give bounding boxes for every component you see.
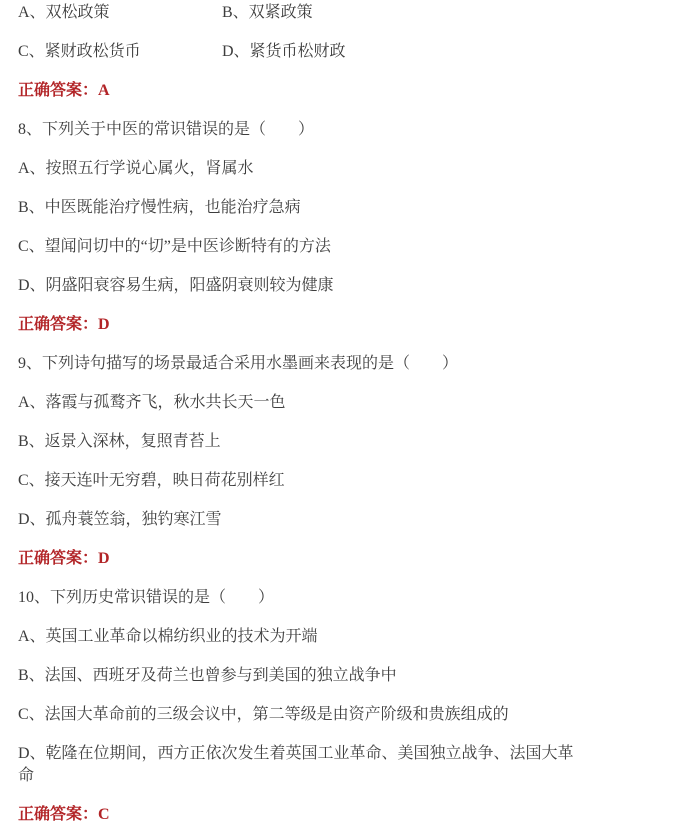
option-b: B、返景入深林，复照青苔上 bbox=[18, 431, 580, 453]
option-a: A、英国工业革命以棉纺织业的技术为开端 bbox=[18, 626, 580, 648]
question-title: 10、下列历史常识错误的是（ ） bbox=[18, 587, 580, 609]
option-d: D、孤舟蓑笠翁，独钓寒江雪 bbox=[18, 509, 580, 531]
correct-answer-line: 正确答案：A bbox=[18, 80, 673, 102]
correct-answer-line: 正确答案：D bbox=[18, 314, 673, 336]
option-b: B、双紧政策 bbox=[222, 2, 313, 24]
option-c: C、接天连叶无穷碧，映日荷花别样红 bbox=[18, 470, 580, 492]
correct-answer-line: 正确答案：C bbox=[18, 804, 673, 826]
options-row-cd: C、紧财政松货币 D、紧货币松财政 bbox=[18, 41, 673, 63]
option-d: D、紧货币松财政 bbox=[222, 41, 346, 63]
question-title: 9、下列诗句描写的场景最适合采用水墨画来表现的是（ ） bbox=[18, 353, 580, 375]
option-c: C、望闻问切中的“切”是中医诊断特有的方法 bbox=[18, 236, 580, 258]
question-block-8: 8、下列关于中医的常识错误的是（ ） A、按照五行学说心属火，肾属水 B、中医既… bbox=[18, 119, 673, 336]
quiz-document-page: A、双松政策 B、双紧政策 C、紧财政松货币 D、紧货币松财政 正确答案：A 8… bbox=[0, 0, 683, 831]
option-c: C、紧财政松货币 bbox=[18, 41, 222, 63]
option-b: B、中医既能治疗慢性病，也能治疗急病 bbox=[18, 197, 580, 219]
option-d: D、乾隆在位期间，西方正依次发生着英国工业革命、美国独立战争、法国大革命 bbox=[18, 743, 580, 787]
option-a: A、按照五行学说心属火，肾属水 bbox=[18, 158, 580, 180]
question-block-10: 10、下列历史常识错误的是（ ） A、英国工业革命以棉纺织业的技术为开端 B、法… bbox=[18, 587, 673, 826]
question-block-7-partial: A、双松政策 B、双紧政策 C、紧财政松货币 D、紧货币松财政 正确答案：A bbox=[18, 2, 673, 102]
correct-answer-line: 正确答案：D bbox=[18, 548, 673, 570]
option-d: D、阴盛阳衰容易生病，阳盛阴衰则较为健康 bbox=[18, 275, 580, 297]
option-a: A、双松政策 bbox=[18, 2, 222, 24]
option-b: B、法国、西班牙及荷兰也曾参与到美国的独立战争中 bbox=[18, 665, 580, 687]
option-c: C、法国大革命前的三级会议中，第二等级是由资产阶级和贵族组成的 bbox=[18, 704, 580, 726]
options-row-ab: A、双松政策 B、双紧政策 bbox=[18, 2, 673, 24]
question-block-9: 9、下列诗句描写的场景最适合采用水墨画来表现的是（ ） A、落霞与孤鹜齐飞，秋水… bbox=[18, 353, 673, 570]
question-title: 8、下列关于中医的常识错误的是（ ） bbox=[18, 119, 580, 141]
option-a: A、落霞与孤鹜齐飞，秋水共长天一色 bbox=[18, 392, 580, 414]
